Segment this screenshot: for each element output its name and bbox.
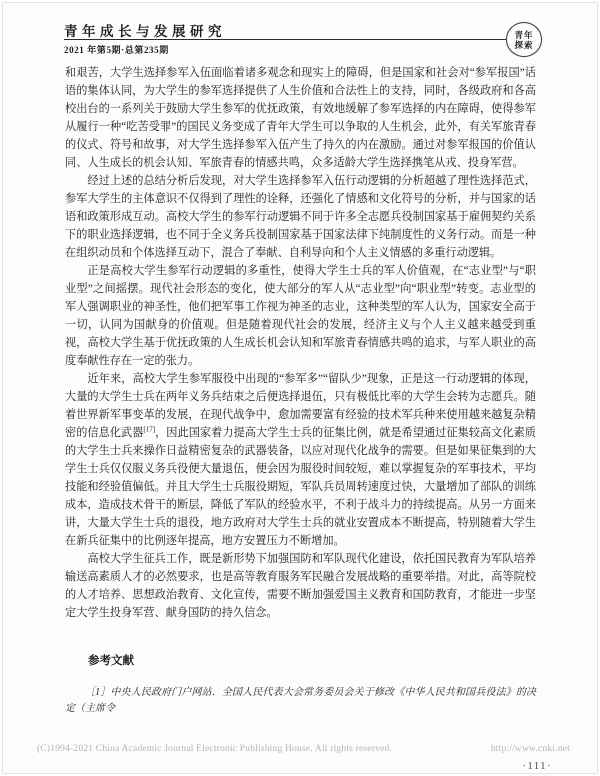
reference-item-1: ［1］中央人民政府门户网站．全国人民代表大会常务委员会关于修改《中华人民共和国兵… [65, 685, 536, 717]
journal-logo-badge: 青年 探索 [506, 22, 542, 57]
body-paragraph-2: 经过上述的总结分析后发现，对大学生选择参军入伍行动逻辑的分析超越了理性选择范式，… [65, 172, 536, 262]
references-heading: 参考文献 [65, 652, 536, 670]
body-paragraph-5: 高校大学生征兵工作，既是新形势下加强国防和军队现代化建设，依托国民教育为军队培养… [65, 550, 536, 622]
cnki-url: http://www.cnki.net [491, 744, 570, 754]
issue-info: 2021 年第5期·总第235期 [64, 43, 169, 56]
journal-page: 青年成长与发展研究 2021 年第5期·总第235期 青年 探索 和艰苦，大学生… [0, 0, 600, 776]
badge-text-line2: 探索 [514, 40, 533, 50]
badge-text-line1: 青年 [514, 30, 533, 40]
paragraph-4-text-after-citation: ，因此国家着力提高大学生士兵的征集比例，就是希望通过征集较高文化素质的大学生士兵… [65, 427, 536, 547]
copyright-text: (C)1994-2021 China Academic Journal Elec… [37, 744, 392, 754]
copyright-line: (C)1994-2021 China Academic Journal Elec… [37, 744, 570, 754]
body-paragraph-1: 和艰苦，大学生选择参军入伍面临着诸多观念和现实上的障碍，但是国家和社会对“参军报… [65, 64, 536, 172]
journal-title: 青年成长与发展研究 [64, 20, 226, 40]
body-paragraph-4: 近年来，高校大学生参军服役中出现的“参军多”“留队少”现象，正是这一行动逻辑的体… [65, 370, 536, 550]
header-rule [64, 39, 508, 40]
article-body: 和艰苦，大学生选择参军入伍面临着诸多观念和现实上的障碍，但是国家和社会对“参军报… [65, 64, 536, 717]
citation-marker-17: [17] [143, 425, 155, 433]
body-paragraph-3: 正是高校大学生参军行动逻辑的多重性，使得大学生士兵的军人价值观，在“志业型”与“… [65, 262, 536, 370]
page-number: ·111· [523, 761, 552, 772]
